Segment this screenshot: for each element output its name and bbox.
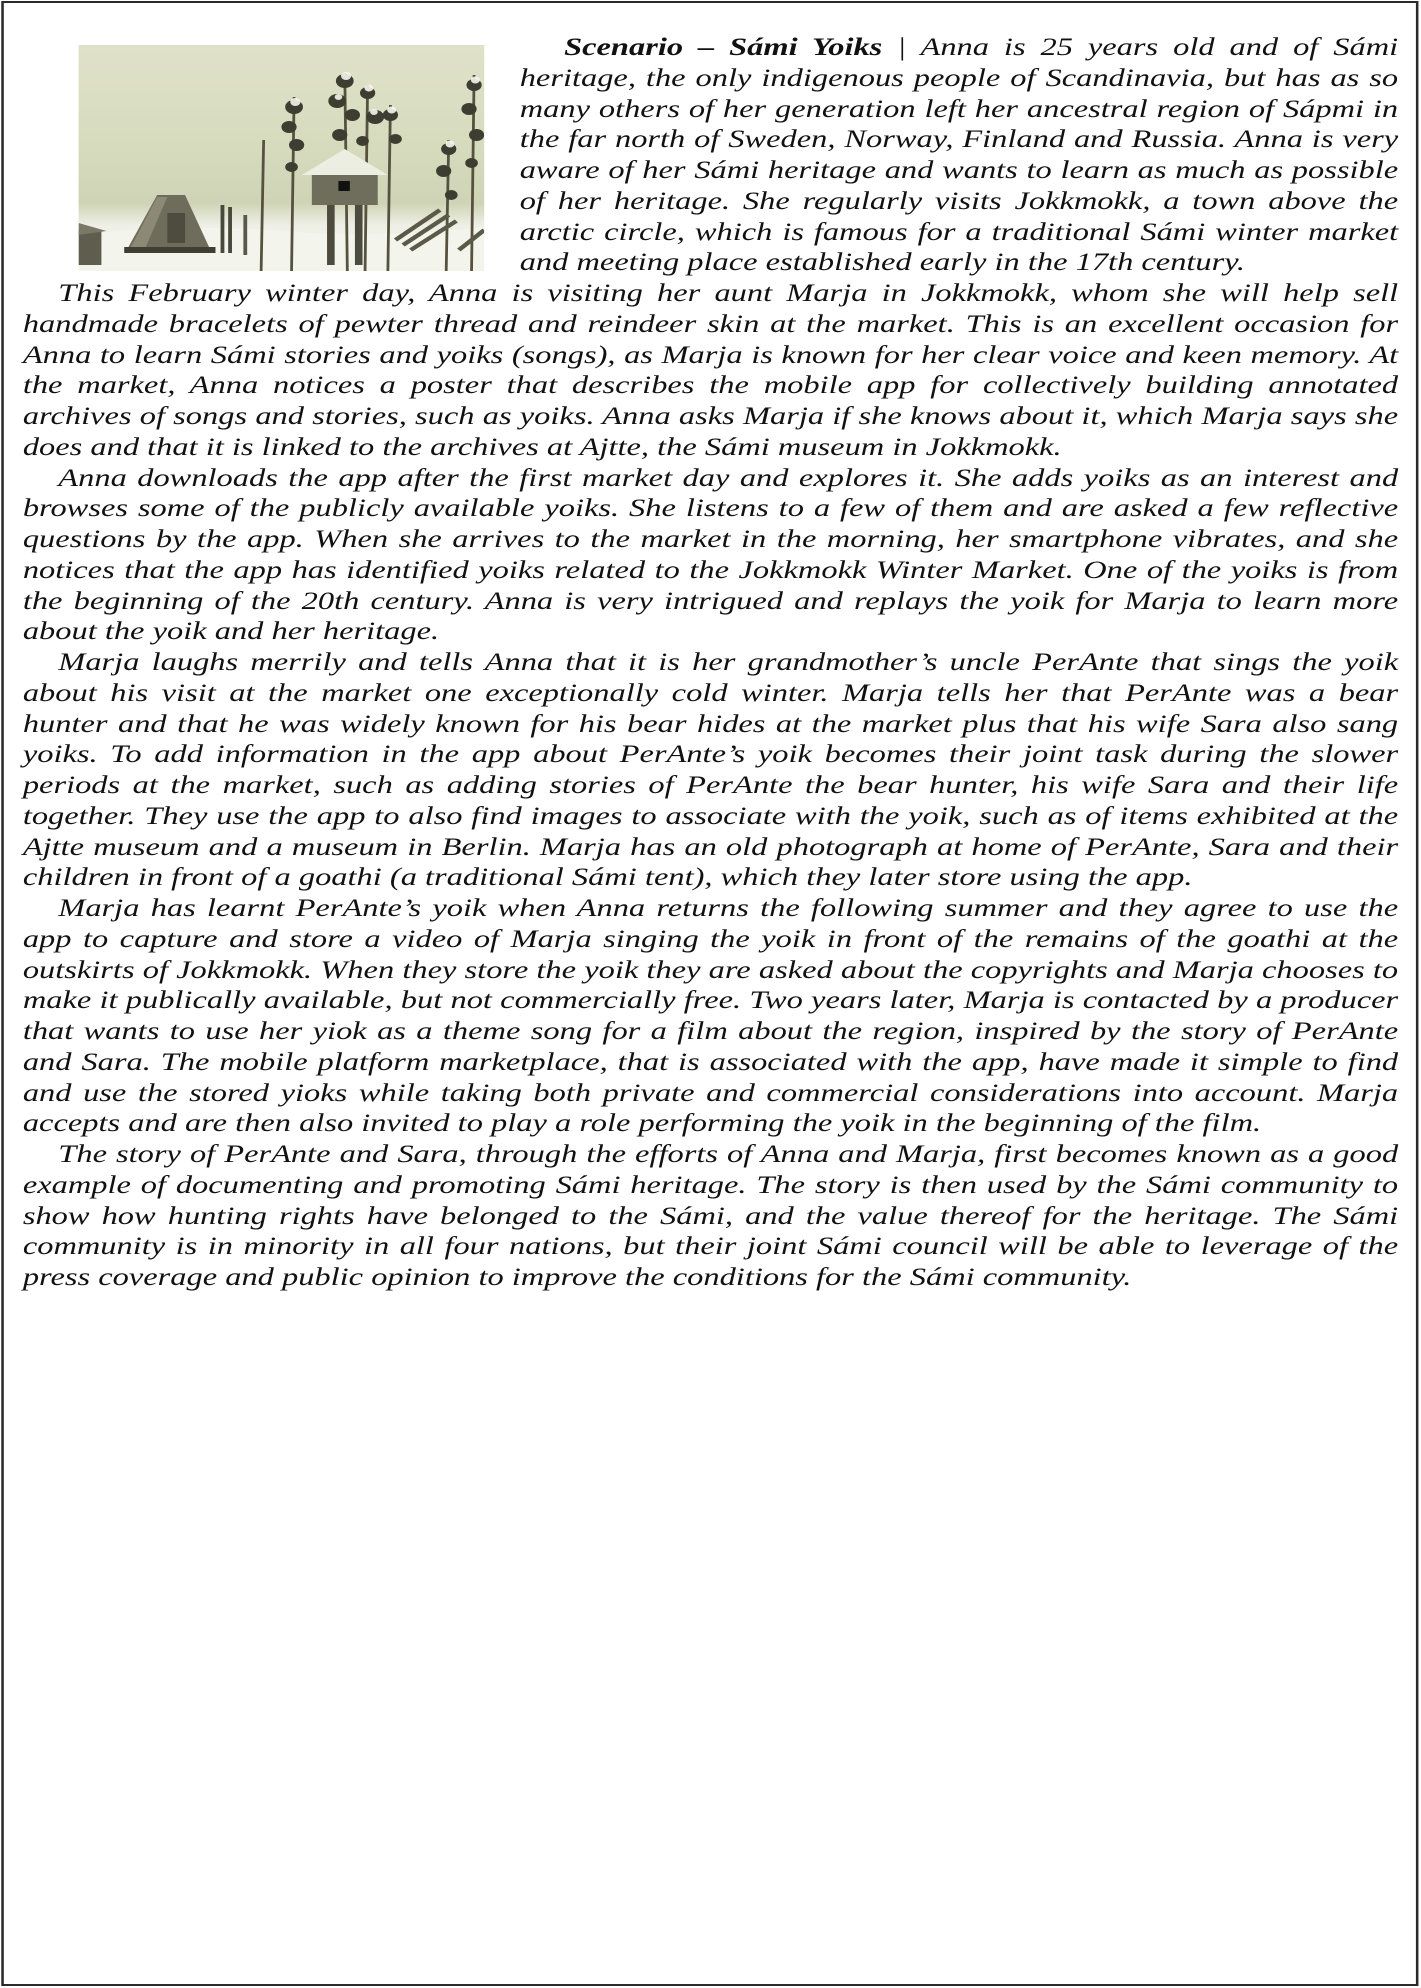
paragraph-6: The story of PerAnte and Sara, through t… — [23, 1139, 1398, 1293]
paragraph-4: Marja laughs merrily and tells Anna that… — [23, 647, 1398, 893]
scenario-title: Scenario – Sámi Yoiks — [564, 32, 882, 61]
photo-scene-icon — [79, 45, 485, 271]
winter-village-photo — [79, 45, 485, 271]
scenario-text: Scenario – Sámi Yoiks | Anna is 25 years… — [23, 32, 1398, 1293]
paragraph-3: Anna downloads the app after the first m… — [23, 463, 1398, 648]
paragraph-1-text: Anna is 25 years old and of Sámi heritag… — [520, 32, 1398, 276]
paragraph-5: Marja has learnt PerAnte’s yoik when Ann… — [23, 893, 1398, 1139]
title-separator: | — [882, 32, 920, 61]
paragraph-2: This February winter day, Anna is visiti… — [23, 278, 1398, 463]
page: Scenario – Sámi Yoiks | Anna is 25 years… — [0, 0, 1421, 1988]
